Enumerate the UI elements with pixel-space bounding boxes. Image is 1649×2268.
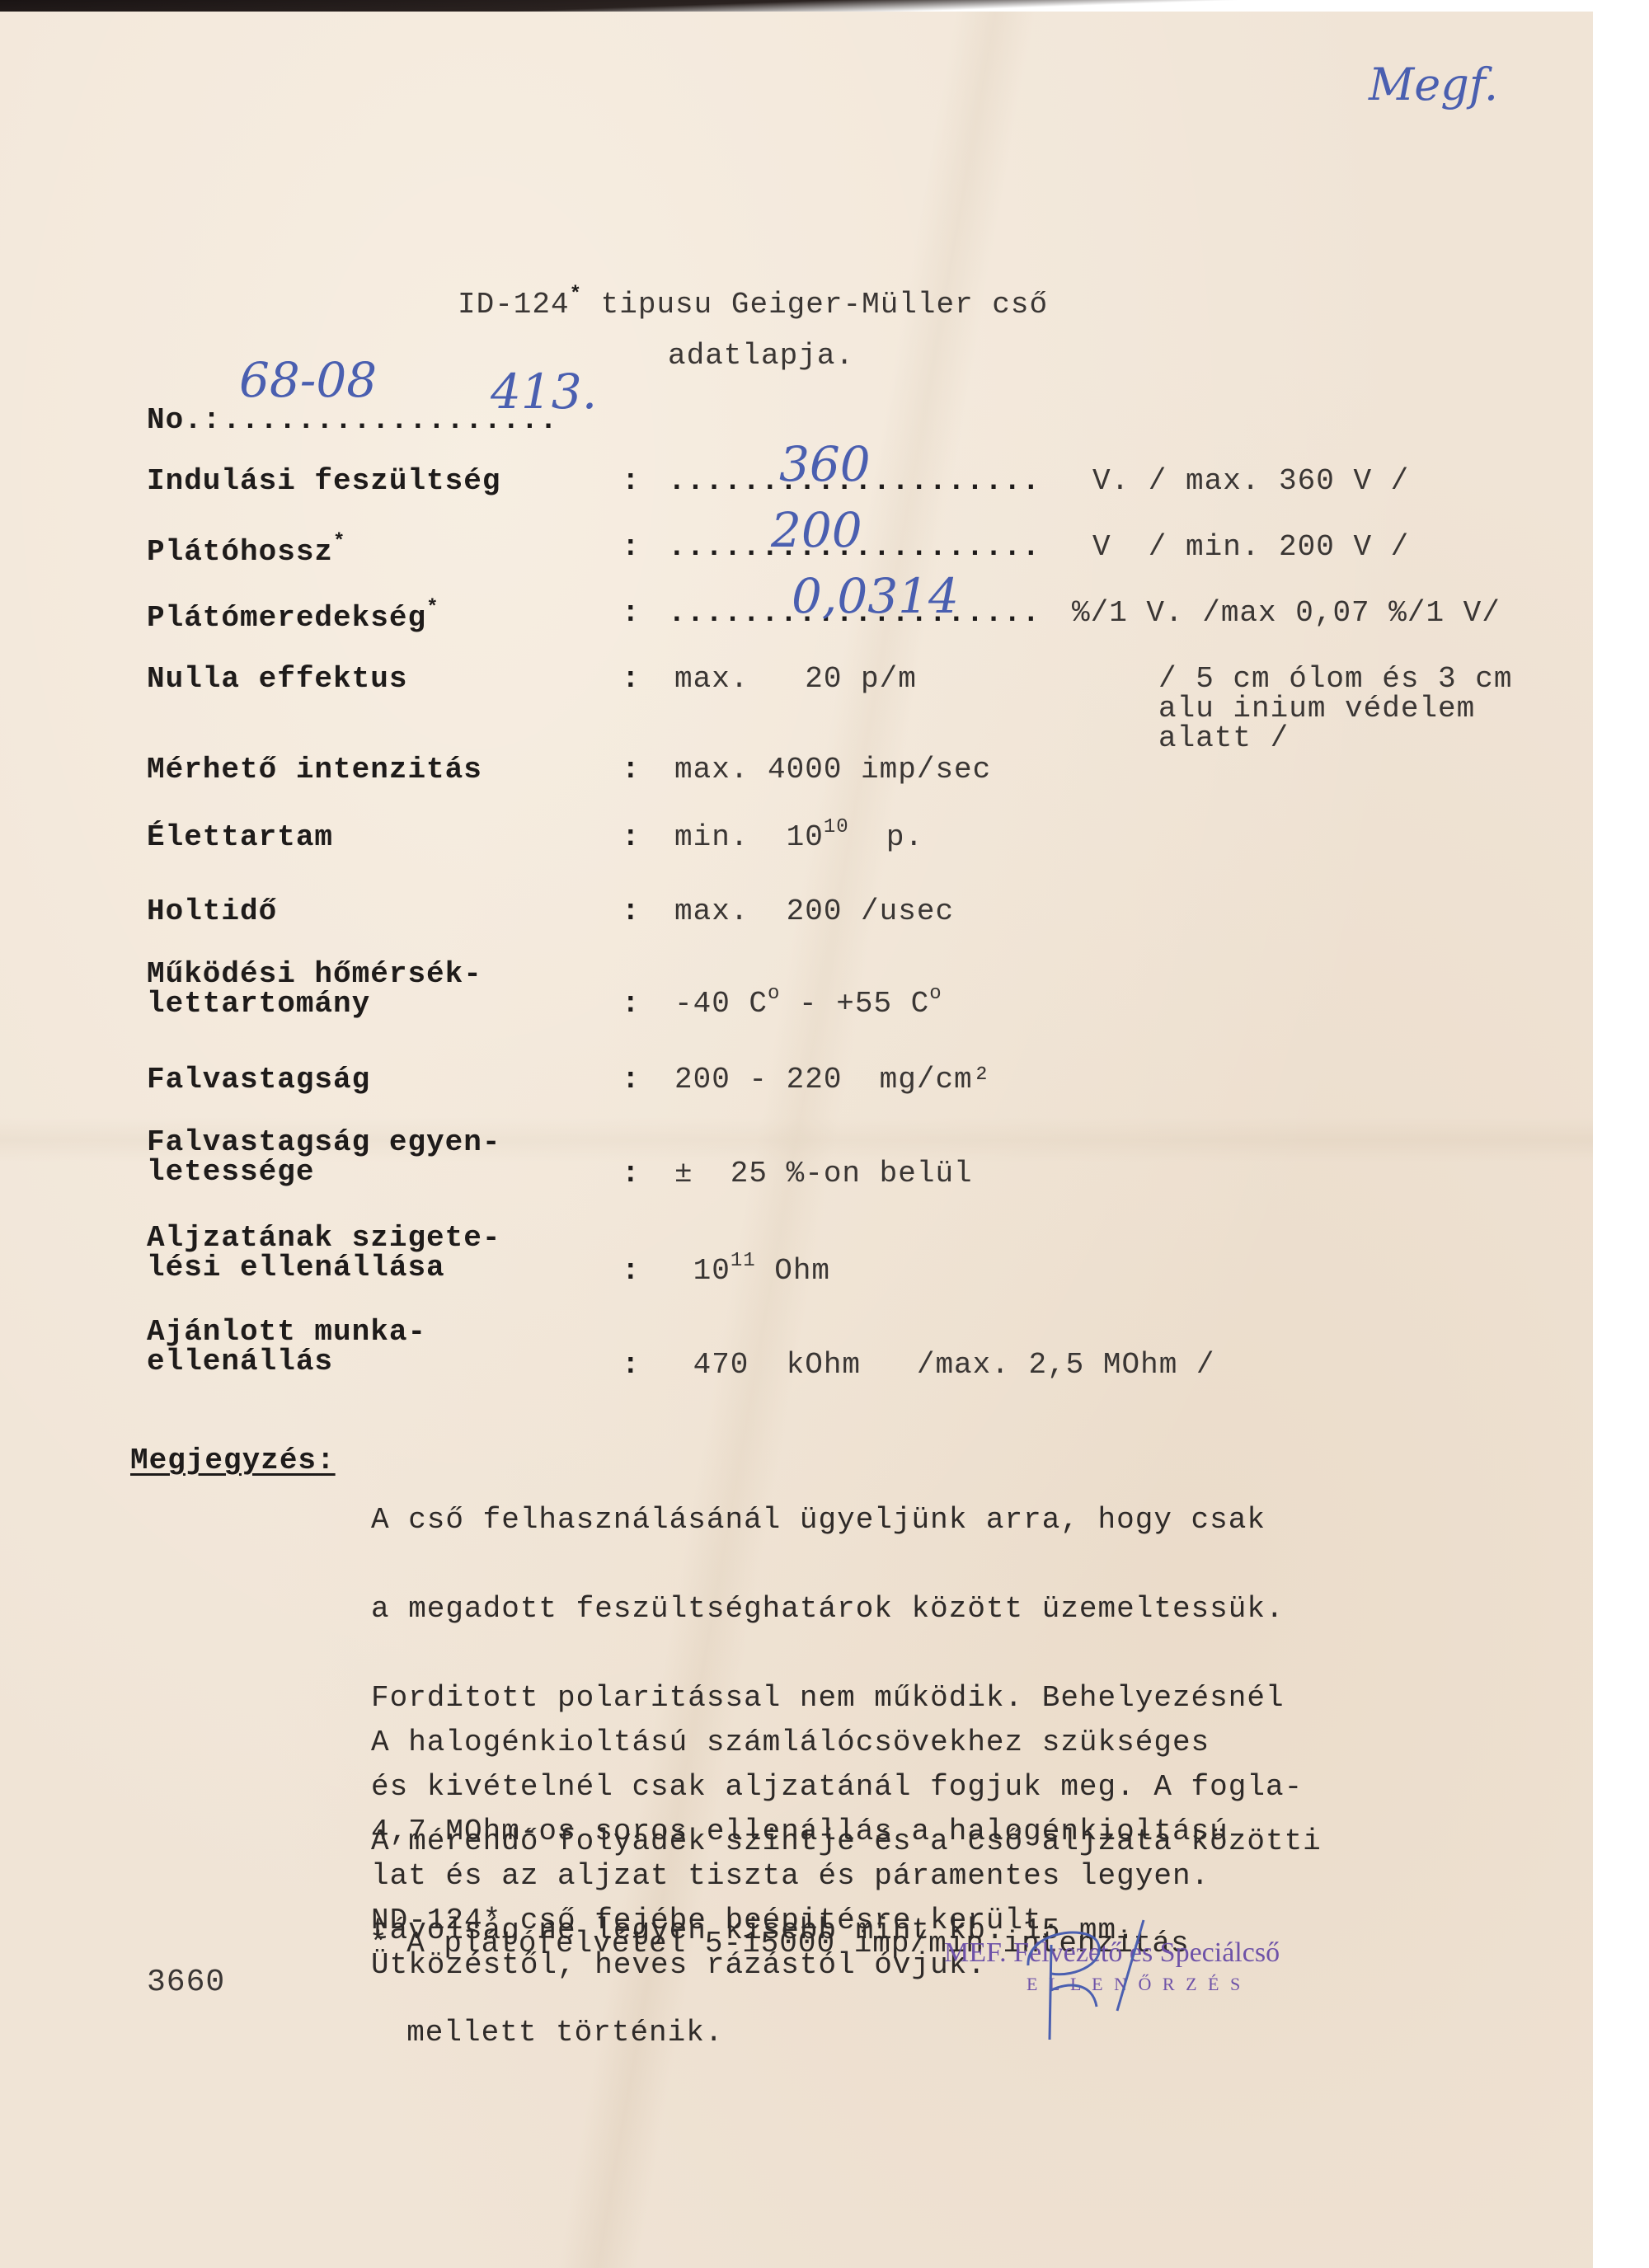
spec-note-shielding: alu inium védelem	[1158, 694, 1475, 724]
remarks-line: A halogénkioltású számlálócsövekhez szük…	[371, 1728, 1229, 1758]
spec-value-base-insulation: 1011 Ohm	[674, 1256, 830, 1286]
value-text: 10	[674, 1254, 731, 1288]
spec-colon: :	[622, 755, 641, 785]
spec-value-measurable-intensity: max. 4000 imp/sec	[674, 755, 991, 785]
spec-value-lifetime: min. 1010 p.	[674, 823, 923, 852]
spec-label-operating-temp: Működési hőmérsék-	[147, 960, 482, 989]
spec-colon: :	[622, 1256, 641, 1286]
spec-label-start-voltage: Indulási feszültség	[147, 467, 500, 496]
spec-colon: :	[622, 467, 641, 496]
document-title: ID-124* tipusu Geiger-Müller cső	[458, 285, 1048, 320]
asterisk-mark: *	[333, 531, 345, 553]
value-text: -40 C	[674, 987, 768, 1021]
spec-colon: :	[622, 989, 641, 1019]
spec-value-wall-uniformity: ± 25 %-on belül	[674, 1159, 973, 1189]
spec-label-background: Nulla effektus	[147, 664, 407, 694]
exponent: 10	[824, 816, 849, 838]
spec-label-load-resistance: Ajánlott munka-	[147, 1317, 426, 1347]
document-subtitle: adatlapja.	[668, 341, 854, 371]
spec-value-wall-thickness: 200 - 220 mg/cm²	[674, 1065, 991, 1095]
document-number: 3660	[147, 1967, 225, 1998]
spec-label-load-resistance: ellenállás	[147, 1347, 333, 1377]
spec-colon: :	[622, 897, 641, 927]
title-star: *	[570, 284, 582, 306]
spec-note-shielding: alatt /	[1158, 724, 1289, 754]
spec-handwritten-start-voltage: 360	[779, 440, 871, 488]
serial-handwritten-number: 413.	[491, 368, 597, 416]
degree-mark: o	[768, 983, 780, 1005]
unit-text: p.	[849, 820, 923, 854]
spec-label-base-insulation: lési ellenállása	[147, 1253, 445, 1283]
document-page: Megf. ID-124* tipusu Geiger-Müller cső a…	[0, 12, 1593, 2268]
label-text: Plátóhossz	[147, 535, 333, 569]
spec-label-wall-thickness: Falvastagság	[147, 1065, 370, 1095]
spec-label-wall-uniformity: letessége	[147, 1157, 314, 1187]
spec-label-operating-temp: lettartomány	[147, 989, 370, 1019]
spec-value-plateau-length: V / min. 200 V /	[1092, 533, 1409, 562]
degree-mark: o	[929, 983, 942, 1005]
spec-label-dead-time: Holtidő	[147, 897, 277, 927]
spec-value-load-resistance: 470 kOhm /max. 2,5 MOhm /	[674, 1350, 1215, 1380]
remarks-line: A cső felhasználásánál ügyeljünk arra, h…	[371, 1505, 1303, 1535]
spec-colon: :	[622, 599, 641, 628]
signature-icon	[1018, 1916, 1158, 2040]
spec-colon: :	[622, 1350, 641, 1380]
spec-value-background: max. 20 p/m	[674, 664, 917, 694]
spec-label-plateau-slope: Plátómeredekség*	[147, 599, 439, 633]
title-model: ID-124	[458, 288, 570, 322]
corner-handwritten-note: Megf.	[1369, 63, 1498, 107]
spec-label-base-insulation: Aljzatának szigete-	[147, 1223, 500, 1253]
value-text: - +55 C	[780, 987, 929, 1021]
spec-colon: :	[622, 1065, 641, 1095]
exponent: 11	[731, 1250, 756, 1272]
spec-label-plateau-length: Plátóhossz*	[147, 533, 345, 567]
spec-colon: :	[622, 533, 641, 562]
spec-colon: :	[622, 1159, 641, 1189]
spec-value-operating-temp: -40 Co - +55 Co	[674, 989, 942, 1019]
serial-label: No.:	[147, 406, 221, 435]
title-rest: tipusu Geiger-Müller cső	[582, 288, 1048, 322]
spec-label-lifetime: Élettartam	[147, 823, 333, 852]
spec-label-wall-uniformity: Falvastagság egyen-	[147, 1128, 500, 1157]
asterisk-mark: *	[426, 597, 439, 619]
spec-handwritten-plateau-slope: 0,0314	[792, 572, 959, 620]
value-text: min. 10	[674, 820, 824, 854]
remarks-line: A mérendő folyadék szintje és a cső aljz…	[371, 1827, 1322, 1857]
spec-note-shielding: / 5 cm ólom és 3 cm	[1158, 664, 1512, 694]
remarks-heading: Megjegyzés:	[130, 1446, 336, 1476]
spec-colon: :	[622, 664, 641, 694]
spec-handwritten-plateau-length: 200	[771, 506, 862, 554]
spec-colon: :	[622, 823, 641, 852]
spec-label-measurable-intensity: Mérhető intenzitás	[147, 755, 482, 785]
unit-text: Ohm	[756, 1254, 830, 1288]
spec-value-plateau-slope: %/1 V. /max 0,07 %/1 V/	[1072, 599, 1501, 628]
spec-value-start-voltage: V. / max. 360 V /	[1092, 467, 1409, 496]
serial-handwritten-prefix: 68-08	[239, 356, 377, 404]
remarks-line: a megadott feszültséghatárok között üzem…	[371, 1594, 1303, 1624]
label-text: Plátómeredekség	[147, 601, 426, 635]
spec-value-dead-time: max. 200 /usec	[674, 897, 954, 927]
